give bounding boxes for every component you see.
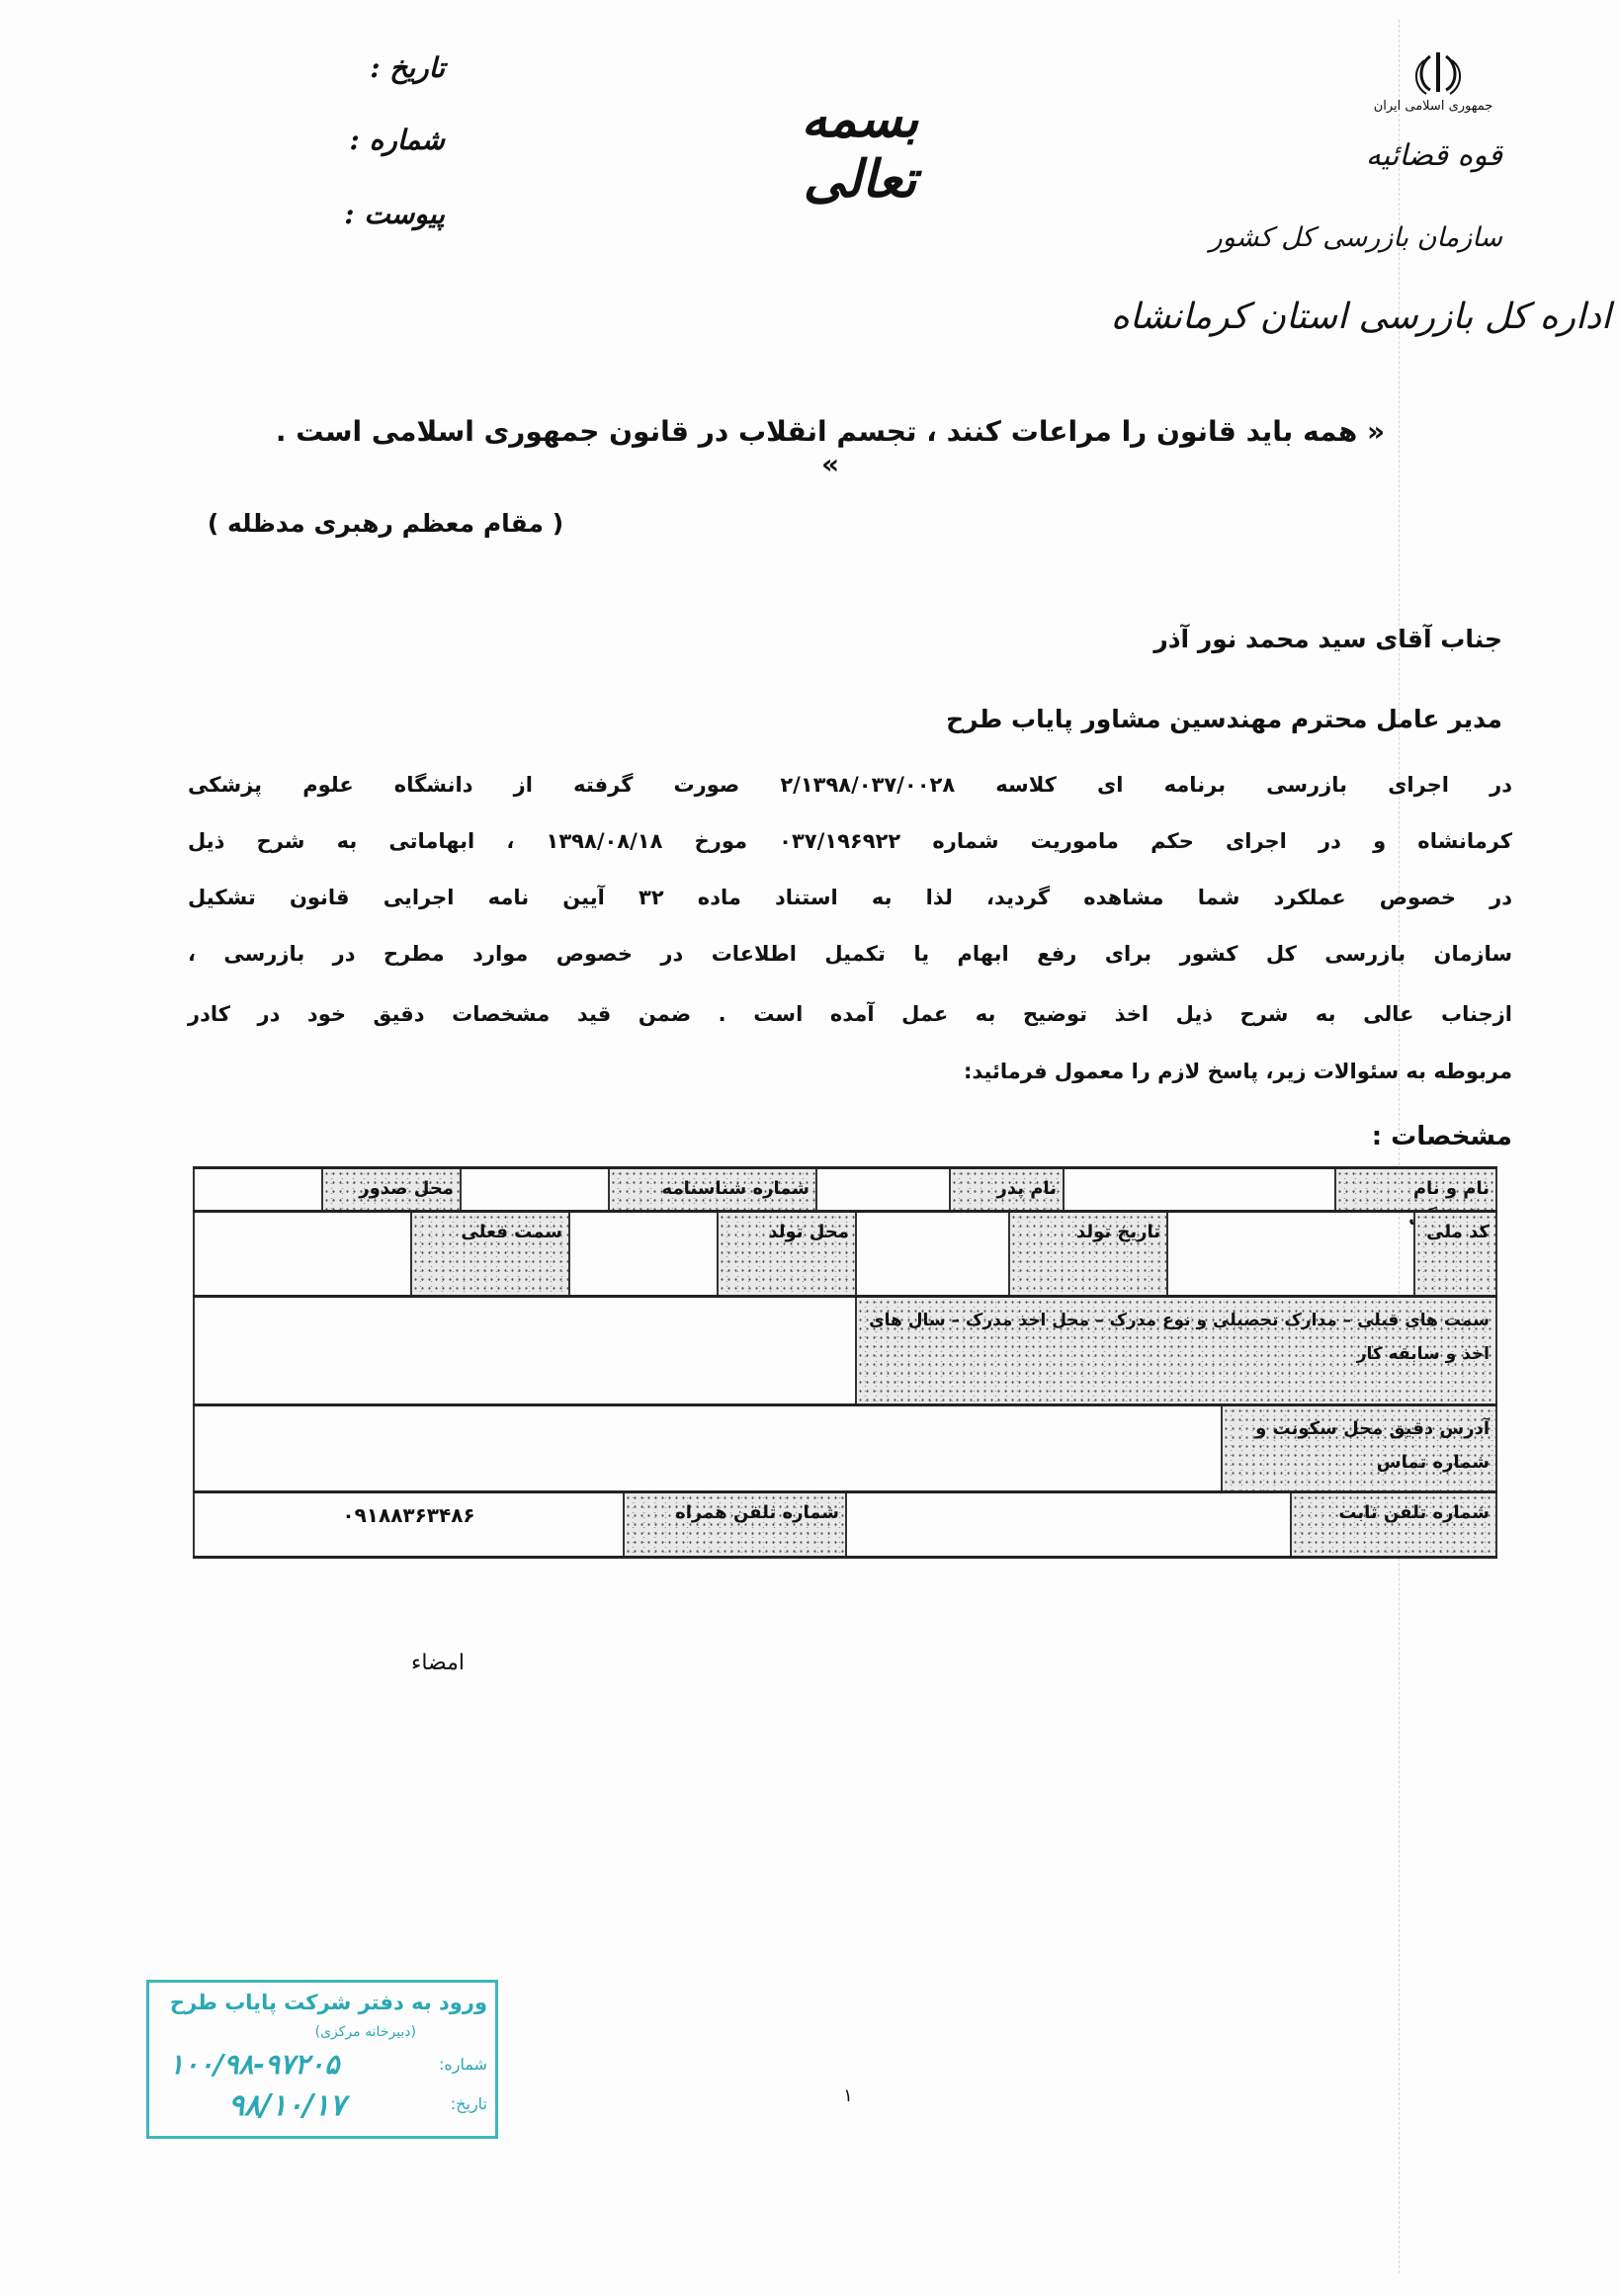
invocation-heading: بسمه تعالی [751, 89, 969, 210]
father-name-field[interactable] [815, 1169, 949, 1213]
specs-row-4: آدرس دقیق محل سکونت و شماره تماس [193, 1403, 1497, 1493]
org-provincial-office: اداره کل بازرسی استان کرمانشاه [1097, 297, 1611, 337]
iran-emblem-icon [1408, 44, 1468, 104]
date-label: تاریخ : [326, 51, 445, 84]
recipient-title: مدیر عامل محترم مهندسین مشاور پایاب طرح [890, 705, 1502, 733]
job-title-field[interactable] [193, 1213, 410, 1298]
full-name-field[interactable] [1063, 1169, 1334, 1213]
specs-title: مشخصات : [1315, 1122, 1512, 1151]
mobile-label: شماره تلفن همراه [623, 1493, 845, 1559]
stamp-secretariat: (دبیرخانه مرکزی) [315, 2024, 416, 2040]
issue-place-label: محل صدور [321, 1169, 460, 1213]
signature-label: امضاء [385, 1651, 465, 1675]
specs-row-2: سمت فعلی محل تولد تاریخ تولد کد ملی [193, 1210, 1497, 1298]
stamp-number-label: شماره: [439, 2055, 487, 2074]
table-bottom-border [193, 1556, 1497, 1559]
body-line: ازجناب عالی به شرح ذیل اخذ توضیح به عمل … [188, 1002, 1512, 1026]
stamp-number-value: ۱۰۰/۹۸-۹۷۲۰۵ [169, 2048, 339, 2081]
history-field[interactable] [193, 1298, 855, 1406]
landline-label: شماره تلفن ثابت [1290, 1493, 1497, 1559]
address-field[interactable] [193, 1406, 1221, 1493]
body-line: سازمان بازرسی کل کشور برای رفع ابهام یا … [188, 942, 1512, 966]
emblem-caption: جمهوری اسلامی ایران [1359, 99, 1507, 114]
landline-field[interactable] [845, 1493, 1290, 1559]
specs-row-5: ۰۹۱۸۸۳۶۳۴۸۶ شماره تلفن همراه شماره تلفن … [193, 1490, 1497, 1559]
address-label: آدرس دقیق محل سکونت و شماره تماس [1221, 1406, 1497, 1493]
body-line: مربوطه به سئوالات زیر، پاسخ لازم را معمو… [188, 1060, 1512, 1083]
body-line: کرمانشاه و در اجرای حکم ماموریت شماره ۰۳… [188, 829, 1512, 853]
birth-place-label: محل تولد [717, 1213, 855, 1298]
job-title-label: سمت فعلی [410, 1213, 568, 1298]
body-line: در خصوص عملکرد شما مشاهده گردید، لذا به … [188, 886, 1512, 909]
stamp-date-label: تاریخ: [451, 2094, 487, 2113]
national-code-label: کد ملی [1413, 1213, 1497, 1298]
body-line: در اجرای بازرسی برنامه ای کلاسه ۲/۱۳۹۸/۰… [188, 773, 1512, 797]
receipt-stamp: ورود به دفتر شرکت پایاب طرح (دبیرخانه مر… [146, 1980, 498, 2139]
stamp-company: ورود به دفتر شرکت پایاب طرح [170, 1991, 487, 2014]
specs-row-1: محل صدور شماره شناسنامه نام پدر نام و نا… [193, 1166, 1497, 1213]
attachment-label: پیوست : [326, 198, 445, 230]
number-label: شماره : [326, 124, 445, 156]
birth-date-field[interactable] [855, 1213, 1008, 1298]
recipient-name: جناب آقای سید محمد نور آذر [890, 625, 1502, 653]
page-number: ۱ [838, 2085, 858, 2106]
full-name-label: نام و نام خانوادگی [1334, 1169, 1497, 1213]
stamp-date-value: ۹۸/۱۰/۱۷ [228, 2088, 346, 2123]
org-judiciary: قوه قضائیه [1324, 138, 1502, 173]
quote-source: ( مقام معظم رهبری مدظله ) [198, 509, 573, 538]
birth-place-field[interactable] [568, 1213, 717, 1298]
birth-date-label: تاریخ تولد [1008, 1213, 1166, 1298]
org-inspection: سازمان بازرسی کل کشور [1206, 222, 1502, 253]
mobile-field[interactable]: ۰۹۱۸۸۳۶۳۴۸۶ [193, 1493, 623, 1559]
quote-text: « همه باید قانون را مراعات کنند ، تجسم ا… [267, 415, 1394, 480]
id-number-field[interactable] [460, 1169, 608, 1213]
history-label: سمت های قبلی – مدارک تحصیلی و نوع مدرک –… [855, 1298, 1497, 1406]
father-name-label: نام پدر [949, 1169, 1063, 1213]
issue-place-field[interactable] [193, 1169, 321, 1213]
id-number-label: شماره شناسنامه [608, 1169, 815, 1213]
national-code-field[interactable] [1166, 1213, 1413, 1298]
specs-row-3: سمت های قبلی – مدارک تحصیلی و نوع مدرک –… [193, 1295, 1497, 1406]
